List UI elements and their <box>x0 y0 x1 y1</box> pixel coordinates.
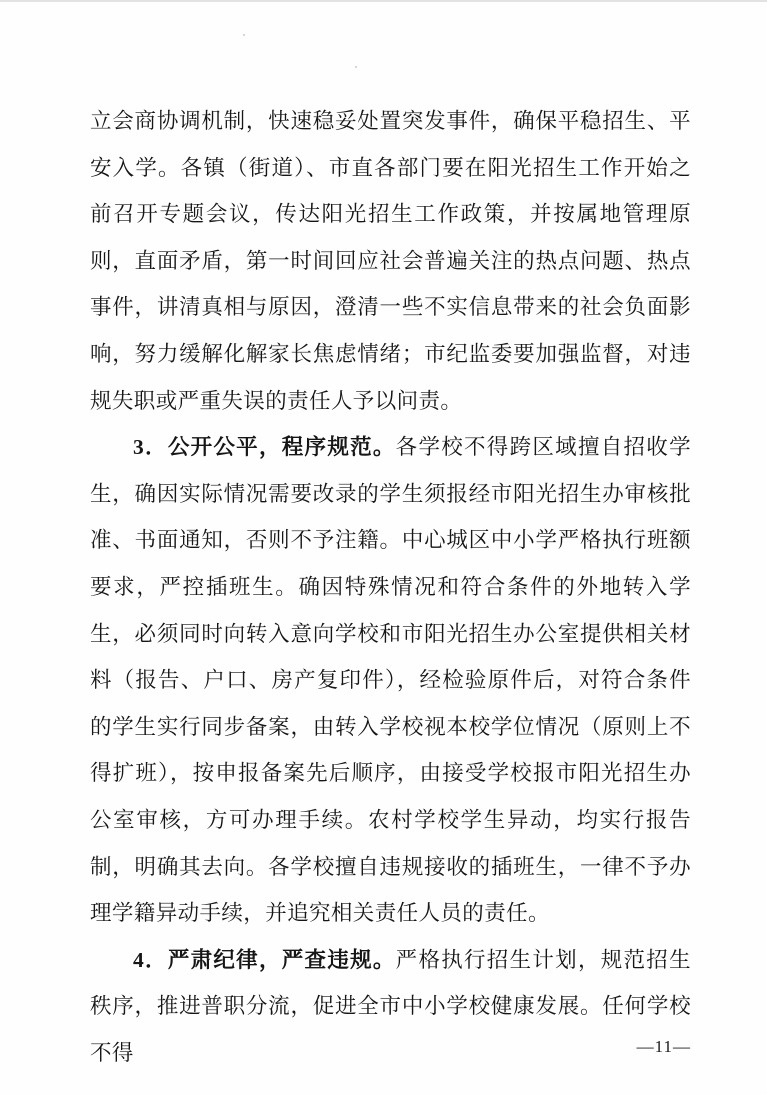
scan-speck <box>355 66 357 68</box>
page-number: —11— <box>637 1037 691 1057</box>
paragraph-lead: 3．公开公平，程序规范。 <box>133 435 396 459</box>
paragraph-item-3: 3．公开公平，程序规范。各学校不得跨区域擅自招收学生，确因实际情况需要改录的学生… <box>90 424 691 937</box>
paragraph-continuation: 立会商协调机制，快速稳妥处置突发事件，确保平稳招生、平安入学。各镇（街道）、市直… <box>90 98 691 424</box>
paragraph-text: 各学校不得跨区域擅自招收学生，确因实际情况需要改录的学生须报经市阳光招生办审核批… <box>90 435 691 925</box>
document-body: 立会商协调机制，快速稳妥处置突发事件，确保平稳招生、平安入学。各镇（街道）、市直… <box>90 98 691 1076</box>
document-page: 立会商协调机制，快速稳妥处置突发事件，确保平稳招生、平安入学。各镇（街道）、市直… <box>0 0 767 1095</box>
scan-speck <box>243 34 245 36</box>
paragraph-lead: 4．严肃纪律，严查违规。 <box>133 948 396 972</box>
paragraph-item-4: 4．严肃纪律，严查违规。严格执行招生计划，规范招生秩序，推进普职分流，促进全市中… <box>90 937 691 1077</box>
paragraph-text: 立会商协调机制，快速稳妥处置突发事件，确保平稳招生、平安入学。各镇（街道）、市直… <box>90 109 691 413</box>
